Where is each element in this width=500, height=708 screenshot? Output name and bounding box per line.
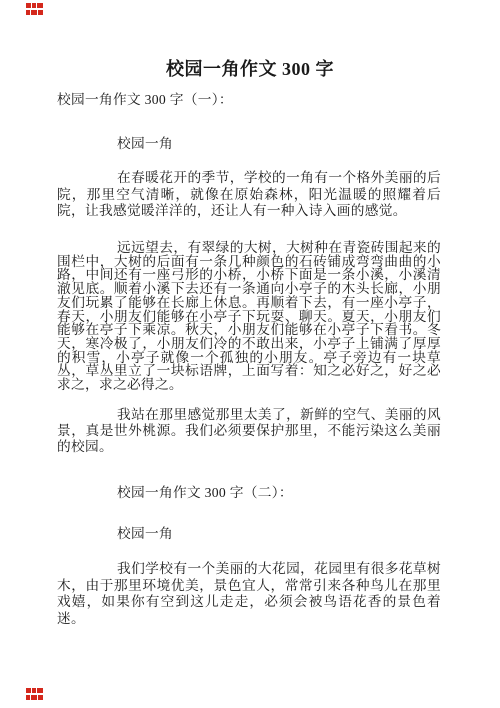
essay1-paragraph-2: 远远望去，有翠绿的大树，大树种在青瓷砖围起来的围栏中，大树的后面有一条几种颜色的… <box>57 241 441 392</box>
essay2-paragraph-1: 我们学校有一个美丽的大花园，花园里有很多花草树木，由于那里环境优美，景色宜人，常… <box>57 561 441 627</box>
section1-heading: 校园一角作文 300 字（一）： <box>57 92 441 109</box>
red-watermark-top-icon <box>26 3 44 17</box>
page-title: 校园一角作文 300 字 <box>0 56 500 82</box>
document-page: 校园一角作文 300 字 校园一角作文 300 字（一）： 校园一角 在春暖花开… <box>0 0 500 708</box>
essay2-title: 校园一角 <box>57 526 500 543</box>
essay1-paragraph-3: 我站在那里感觉那里太美了，新鲜的空气、美丽的风景，真是世外桃源。我们必须要保护那… <box>57 407 441 456</box>
red-watermark-bottom-icon <box>26 688 44 702</box>
essay1-title: 校园一角 <box>57 136 500 153</box>
section2-heading: 校园一角作文 300 字（二）： <box>57 485 500 502</box>
essay1-paragraph-1: 在春暖花开的季节，学校的一角有一个格外美丽的后院，那里空气清晰，就像在原始森林，… <box>57 170 441 220</box>
